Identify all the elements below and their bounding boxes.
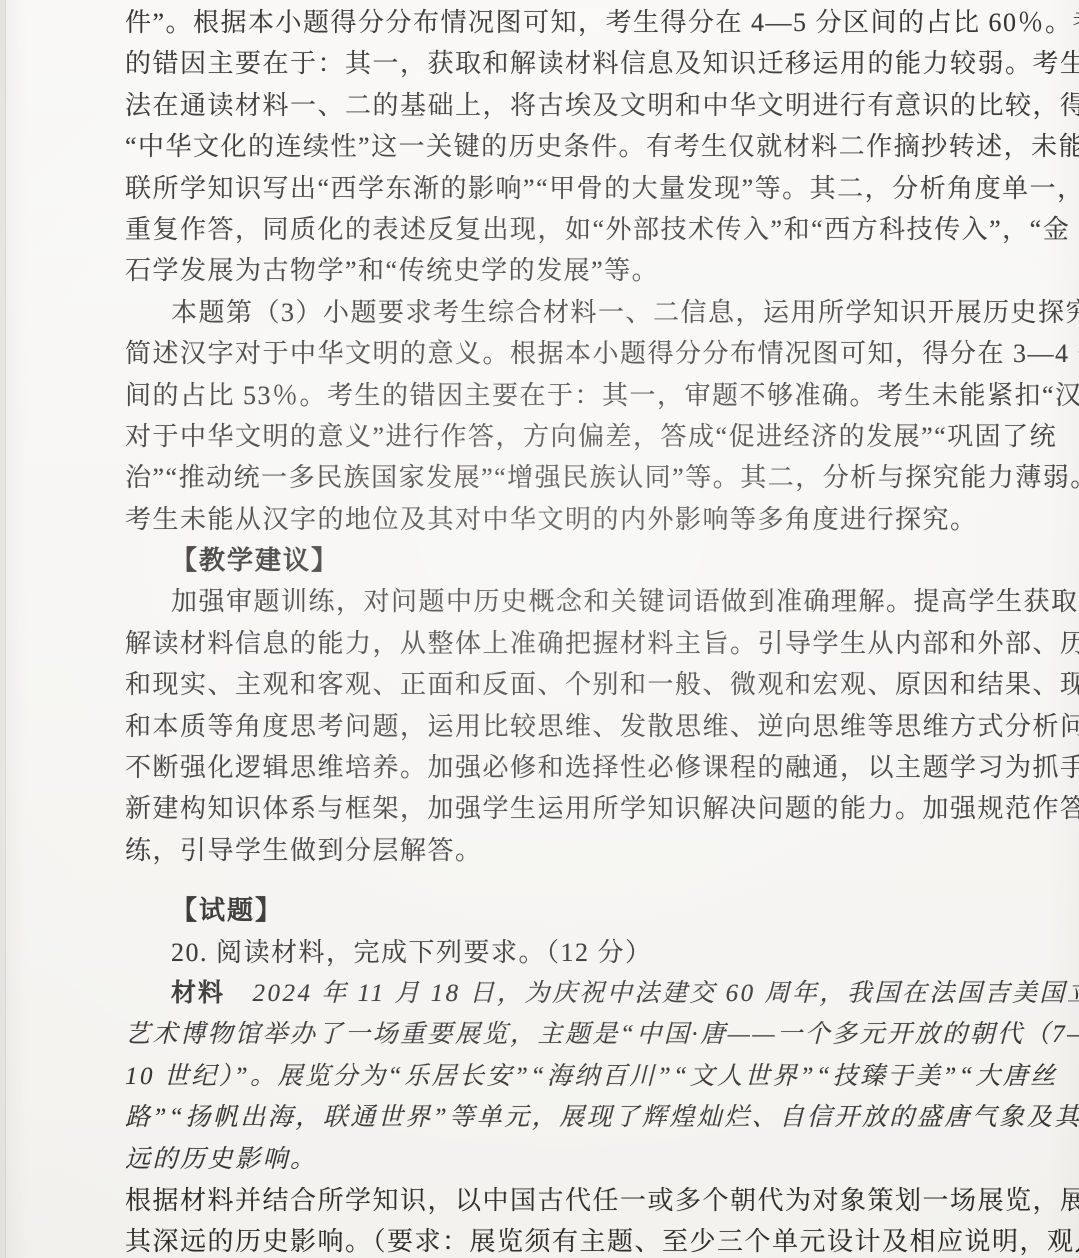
text-line-28: 远的历史影响。 xyxy=(125,1139,995,1180)
text-line-3: 法在通读材料一、二的基础上，将古埃及文明和中华文明进行有意识的比较，得出 xyxy=(125,85,995,126)
text-line-4: “中华文化的连续性”这一关键的历史条件。有考生仅就材料二作摘抄转述，未能关 xyxy=(125,126,995,167)
text-line-2: 的错因主要在于：其一，获取和解读材料信息及知识迁移运用的能力较弱。考生无 xyxy=(125,43,995,84)
text-line-15: 加强审题训练，对问题中历史概念和关键词语做到准确理解。提高学生获取和 xyxy=(125,581,995,622)
text-line-5: 联所学知识写出“西学东渐的影响”“甲骨的大量发现”等。其二，分析角度单一， xyxy=(125,168,995,209)
photo-left-edge-seam xyxy=(0,0,6,1258)
text-line-19: 不断强化逻辑思维培养。加强必修和选择性必修课程的融通，以主题学习为抓手重 xyxy=(125,747,995,788)
text-line-11: 对于中华文明的意义”进行作答，方向偏差，答成“促进经济的发展”“巩固了统 xyxy=(125,416,995,457)
text-line-16: 解读材料信息的能力，从整体上准确把握材料主旨。引导学生从内部和外部、历史 xyxy=(125,623,995,664)
text-line-29: 根据材料并结合所学知识，以中国古代任一或多个朝代为对象策划一场展览，展现 xyxy=(125,1180,995,1221)
text-line-9: 简述汉字对于中华文明的意义。根据本小题得分分布情况图可知，得分在 3—4 分区 xyxy=(125,333,995,374)
text-line-13: 考生未能从汉字的地位及其对中华文明的内外影响等多角度进行探究。 xyxy=(125,499,995,540)
text-line-26: 10 世纪）”。展览分为“乐居长安”“海纳百川”“文人世界”“技臻于美”“大唐丝 xyxy=(125,1056,995,1097)
text-line-25: 艺术博物馆举办了一场重要展览，主题是“中国·唐——一个多元开放的朝代（7— xyxy=(125,1014,995,1055)
text-line-21: 练，引导学生做到分层解答。 xyxy=(125,830,995,871)
text-line-8: 本题第（3）小题要求考生综合材料一、二信息，运用所学知识开展历史探究， xyxy=(125,292,995,333)
text-line-18: 和本质等角度思考问题，运用比较思维、发散思维、逆向思维等思维方式分析问题， xyxy=(125,706,995,747)
text-line-6: 重复作答，同质化的表述反复出现，如“外部技术传入”和“西方科技传入”，“金 xyxy=(125,209,995,250)
document-text: 件”。根据本小题得分分布情况图可知，考生得分在 4—5 分区间的占比 60％。考… xyxy=(125,2,995,1258)
text-line-14: 【教学建议】 xyxy=(125,540,995,581)
text-line-27: 路”“扬帆出海，联通世界”等单元，展现了辉煌灿烂、自信开放的盛唐气象及其深 xyxy=(125,1097,995,1138)
text-line-23: 20. 阅读材料，完成下列要求。（12 分） xyxy=(125,932,995,973)
text-line-22: 【试题】 xyxy=(125,890,995,931)
material-label: 材料 xyxy=(171,979,225,1007)
document-page: 件”。根据本小题得分分布情况图可知，考生得分在 4—5 分区间的占比 60％。考… xyxy=(0,0,1079,1258)
text-run: 2024 年 11 月 18 日，为庆祝中法建交 60 周年，我国在法国吉美国立… xyxy=(225,980,1079,1007)
text-line-1: 件”。根据本小题得分分布情况图可知，考生得分在 4—5 分区间的占比 60％。考… xyxy=(125,2,995,43)
text-line-12: 治”“推动统一多民族国家发展”“增强民族认同”等。其二，分析与探究能力薄弱。 xyxy=(125,457,995,498)
text-line-30: 其深远的历史影响。（要求：展览须有主题、至少三个单元设计及相应说明，观点正 xyxy=(125,1221,995,1258)
text-line-10: 间的占比 53％。考生的错因主要在于：其一，审题不够准确。考生未能紧扣“汉字 xyxy=(125,375,995,416)
text-line-17: 和现实、主观和客观、正面和反面、个别和一般、微观和宏观、原因和结果、现象 xyxy=(125,664,995,705)
text-line-7: 石学发展为古物学”和“传统史学的发展”等。 xyxy=(125,250,995,291)
text-line-20: 新建构知识体系与框架，加强学生运用所学知识解决问题的能力。加强规范作答训 xyxy=(125,788,995,829)
text-line-24: 材料 2024 年 11 月 18 日，为庆祝中法建交 60 周年，我国在法国吉… xyxy=(125,973,995,1014)
